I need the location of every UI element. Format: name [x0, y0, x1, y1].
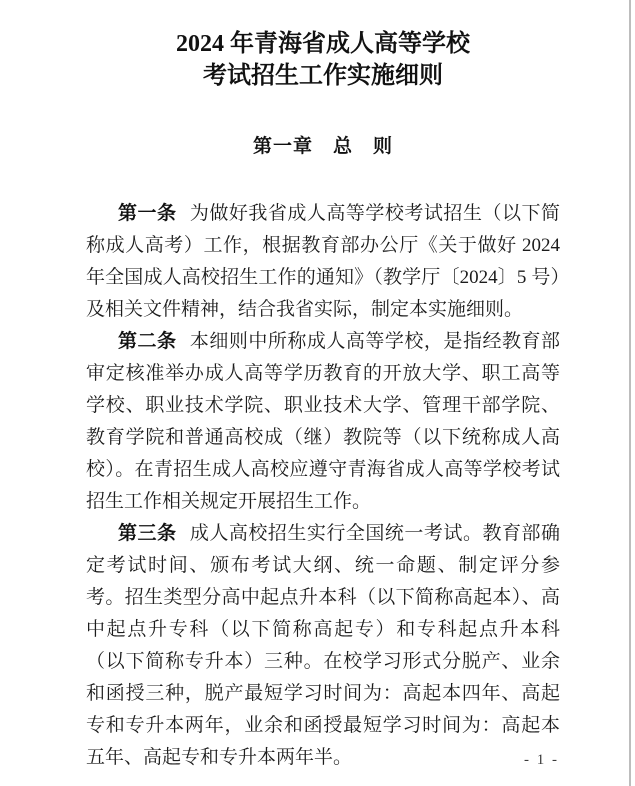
document-title-line1: 2024 年青海省成人高等学校 [86, 28, 560, 60]
page-edge-line [629, 0, 631, 786]
document-title-line2: 考试招生工作实施细则 [86, 60, 560, 92]
article-3-lead: 第三条 [118, 523, 177, 544]
document-page: 2024 年青海省成人高等学校 考试招生工作实施细则 第一章 总 则 第一条为做… [0, 0, 635, 786]
article-1-lead: 第一条 [118, 203, 177, 224]
article-paragraph-1: 第一条为做好我省成人高等学校考试招生（以下简称成人高考）工作，根据教育部办公厅《… [86, 198, 560, 326]
article-body: 第一条为做好我省成人高等学校考试招生（以下简称成人高考）工作，根据教育部办公厅《… [86, 198, 560, 774]
document-title: 2024 年青海省成人高等学校 考试招生工作实施细则 [86, 28, 560, 92]
article-paragraph-2: 第二条本细则中所称成人高等学校，是指经教育部审定核准举办成人高等学历教育的开放大… [86, 326, 560, 518]
article-2-lead: 第二条 [118, 331, 177, 352]
document-content: 2024 年青海省成人高等学校 考试招生工作实施细则 第一章 总 则 第一条为做… [86, 28, 560, 774]
article-paragraph-3: 第三条成人高校招生实行全国统一考试。教育部确定考试时间、颁布考试大纲、统一命题、… [86, 518, 560, 774]
article-3-text: 成人高校招生实行全国统一考试。教育部确定考试时间、颁布考试大纲、统一命题、制定评… [86, 523, 560, 768]
chapter-heading: 第一章 总 则 [86, 134, 560, 160]
page-number: - 1 - [524, 752, 559, 769]
article-2-text: 本细则中所称成人高等学校，是指经教育部审定核准举办成人高等学历教育的开放大学、职… [86, 331, 560, 512]
